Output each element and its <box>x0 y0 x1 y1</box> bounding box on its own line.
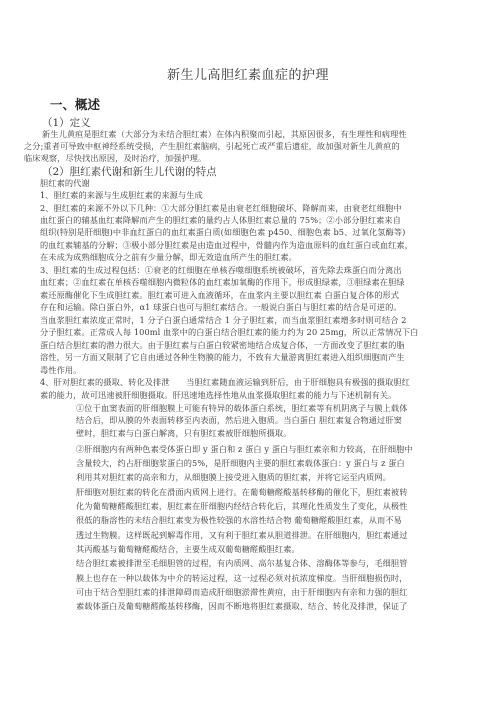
paragraph-line: 之分;重者可导致中枢神经系统受损，产生胆红素脑病，引起死亡或严重后遗症，故加强对… <box>24 141 400 152</box>
document-page: 新生儿高胆红素血症的护理 一、概述 （1）定义 新生儿黄疸是胆红素（大部分为未结… <box>0 0 496 702</box>
paragraph-line: 血红蛋白的辅基血红素降解而产生的胆红素的量约占人体胆红素总量的 75%；②小部分… <box>40 215 401 226</box>
paragraph-line: 存在和运输。除白蛋白外，α1 球蛋白也可与胆红素结合。一般说白蛋白与胆红素的结合… <box>40 302 402 313</box>
paragraph-line: 分子胆红素。正常成人每 100ml 血浆中的白蛋白结合胆红素的能力约为 20 2… <box>40 327 418 338</box>
document-title: 新生儿高胆红素血症的护理 <box>0 64 496 83</box>
indented-line: 化为葡萄糖醛酸胆红素，胆红素在肝细胞内经结合转化后，其理化性质发生了变化，从极性 <box>76 501 408 512</box>
paragraph-line: 组织(特别是肝细胞)中非血红蛋白的血红素蛋白质(如细胞色素 p450、细胞色素 … <box>40 227 405 238</box>
paragraph-line: 4、肝对胆红素的摄取、转化及排泄 当胆红素随血液运输到肝后，由于肝细胞具有极强的… <box>40 377 410 388</box>
indented-line: ①位于血窦表面的肝细胞膜上可能有特异的载体蛋白系统，胆红素等有机阴离子与膜上载体 <box>76 403 408 414</box>
indented-line: 很低的脂溶性的未结合胆红素变为极性较强的水溶性结合物 葡萄糖醛酸胆红素，从而不易 <box>76 515 402 526</box>
paragraph-line: 素还原酶催化下生成胆红素。胆红素可进入血液循环，在血浆内主要以胆红素 白蛋白复合… <box>40 290 399 301</box>
paragraph-line: 血红素；②血红素在单核吞噬细胞内微粒体的血红素加氧酶的作用下，形成胆绿素，③胆绿… <box>40 277 405 288</box>
paragraph-line: 2、胆红素的来源不外以下几种：①大部分胆红素是由衰老红细胞破坏、降解而来，由衰老… <box>40 203 402 214</box>
indented-line: 膜上也存在一种以载体为中介的转运过程，这一过程必须对抗浓度梯度。当肝细胞损伤时， <box>76 573 408 584</box>
indented-line: 含量较大，约占肝细胞浆蛋白的5%，是肝细胞内主要的胆红素载体蛋白：y 蛋白与 z… <box>76 458 405 469</box>
paragraph-line: 溶性，另一方面又限制了它自由通过各种生物膜的能力，不致有大量游离胆红素进入组织细… <box>40 352 405 363</box>
indented-line: 可由于结合型胆红素的排泄障碍而造成肝细胞淤滞性黄疸，由于肝细胞内有亲和力强的胆红 <box>76 587 408 598</box>
paragraph-line: 蛋白结合胆红素的潜力很大。由于胆红素与白蛋白较紧密地结合成复合体，一方面改变了胆… <box>40 340 405 351</box>
subheading-metabolism: （2）胆红素代谢和新生儿代谢的特点 <box>42 164 217 179</box>
paragraph-line: 素的能力，故可迅速被肝细胞摄取。肝迅速地选择性地从血浆摄取胆红素的能力与下述机制… <box>40 390 396 401</box>
paragraph-line: 胆红素的代谢 <box>40 178 90 189</box>
section-heading-overview: 一、概述 <box>50 95 100 113</box>
paragraph-line: 3、胆红素的生成过程包括：①衰老的红细胞在单核吞噬细胞系统被破坏，首先除去珠蛋白… <box>40 265 402 276</box>
paragraph-line: 当血浆胆红素浓度正常时，1 分子白蛋白通常结合 1 分子胆红素，而当血浆胆红素增… <box>40 315 407 326</box>
indented-line: 结合后，即从膜的外表面转移至内表面，然后进入胞质。当白蛋白 胆红素复合物通过肝窦 <box>76 415 402 426</box>
paragraph-line: 临床观察，尽快找出原因，及时治疗，加强护理。 <box>24 153 206 164</box>
paragraph-line: 1、胆红素的来源与生成胆红素的来源与生成 <box>40 190 203 201</box>
indented-line: 肝细胞对胆红素的转化在滑面内质网上进行。在葡萄糖醛酸基转移酶的催化下，胆红素被转 <box>76 487 408 498</box>
indented-line: ②肝细胞内有两种色素受体蛋白即 y 蛋白和 z 蛋白 y 蛋白与胆红素亲和力较高… <box>76 444 413 455</box>
indented-line: 素载体蛋白及葡萄糖醛酸基转移酶，因而不断地将胆红素摄取、结合、转化及排泄，保证了 <box>76 601 408 612</box>
indented-line: 利用其对胆红素的高亲和力，从细胞膜上接受进入胞质的胆红素，并将它运至内质网。 <box>76 472 391 483</box>
indented-line: 壁时，胆红素与白蛋白解离，只有胆红素被肝细胞所摄取。 <box>76 428 291 439</box>
indented-line: 其丙酸基与葡萄糖醛酸结合，主要生成双葡萄糖醛酸胆红素。 <box>76 544 300 555</box>
paragraph-line: 新生儿黄疸是胆红素（大部分为未结合胆红素）在体内积聚而引起，其原因很多，有生理性… <box>42 129 407 140</box>
paragraph-line: 毒性作用。 <box>40 365 81 376</box>
indented-line: 透过生物膜。这样既起到解毒作用，又有利于胆红素从胆道排泄。在肝细胞内，胆红素通过 <box>76 530 408 541</box>
paragraph-line: 的血红素辅基的分解；③极小部分胆红素是由造血过程中，骨髓内作为造血原料的血红蛋白… <box>40 240 413 251</box>
indented-line: 结合胆红素被排泄至毛细胆管的过程，有内质网、高尔基复合体、溶酶体等参与，毛细胆管 <box>76 558 408 569</box>
subheading-definition: （1）定义 <box>42 115 91 130</box>
paragraph-line: 在未成为成熟细胞成分之前有少量分解，即无效造血所产生的胆红素。 <box>40 252 297 263</box>
